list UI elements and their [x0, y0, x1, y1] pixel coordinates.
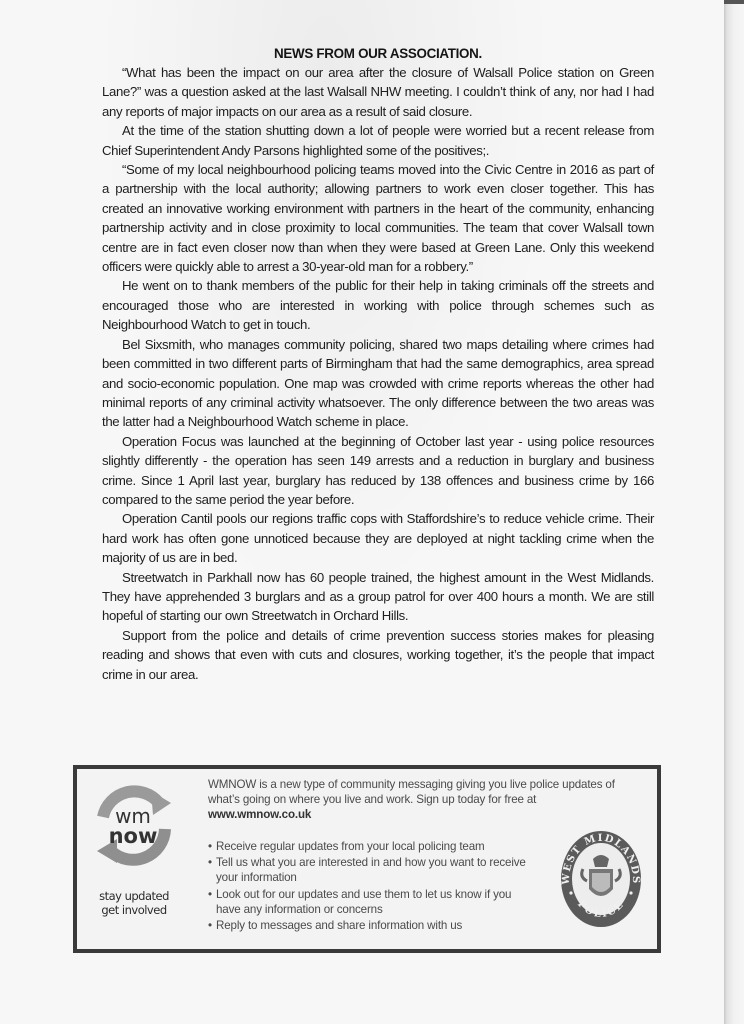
article-paragraph-5: Bel Sixsmith, who manages community poli… [102, 335, 654, 432]
article-paragraph-6: Operation Focus was launched at the begi… [102, 432, 654, 510]
list-item: •Receive regular updates from your local… [208, 839, 528, 854]
article-paragraph-2: At the time of the station shutting down… [102, 121, 654, 160]
scanned-page: NEWS FROM OUR ASSOCIATION. “What has bee… [0, 0, 724, 1024]
list-item: •Reply to messages and share information… [208, 918, 528, 933]
tagline-line-1: stay updated [85, 889, 183, 903]
tagline-line-2: get involved [85, 903, 183, 917]
wmnow-logo-now: now [109, 824, 158, 848]
wmnow-intro-text: WMNOW is a new type of community messagi… [208, 778, 615, 806]
wmnow-tagline: stay updated get involved [85, 889, 183, 917]
list-item: •Tell us what you are interested in and … [208, 855, 528, 885]
bullet-icon: • [208, 855, 216, 870]
article-title: NEWS FROM OUR ASSOCIATION. [102, 44, 654, 63]
wmnow-url-link[interactable]: www.wmnow.co.uk [208, 807, 648, 822]
article: NEWS FROM OUR ASSOCIATION. “What has bee… [102, 44, 654, 684]
wmnow-benefits-list: •Receive regular updates from your local… [208, 839, 528, 934]
article-paragraph-1: “What has been the impact on our area af… [102, 63, 654, 121]
page-edge-shadow [724, 0, 744, 1024]
bullet-icon: • [208, 918, 216, 933]
article-paragraph-7: Operation Cantil pools our regions traff… [102, 509, 654, 567]
article-paragraph-3: “Some of my local neighbourhood policing… [102, 160, 654, 276]
wmnow-logo-icon: wm now [85, 777, 181, 873]
article-paragraph-8: Streetwatch in Parkhall now has 60 peopl… [102, 568, 654, 626]
bullet-icon: • [208, 887, 216, 902]
article-paragraph-4: He went on to thank members of the publi… [102, 276, 654, 334]
list-item: •Look out for our updates and use them t… [208, 887, 528, 917]
article-paragraph-9: Support from the police and details of c… [102, 626, 654, 684]
wmnow-advert-box: wm now stay updated get involved WMNOW i… [73, 765, 661, 953]
west-midlands-police-crest-icon: WEST MIDLANDS POLICE [559, 829, 643, 929]
bullet-icon: • [208, 839, 216, 854]
wmnow-intro: WMNOW is a new type of community messagi… [208, 777, 648, 822]
